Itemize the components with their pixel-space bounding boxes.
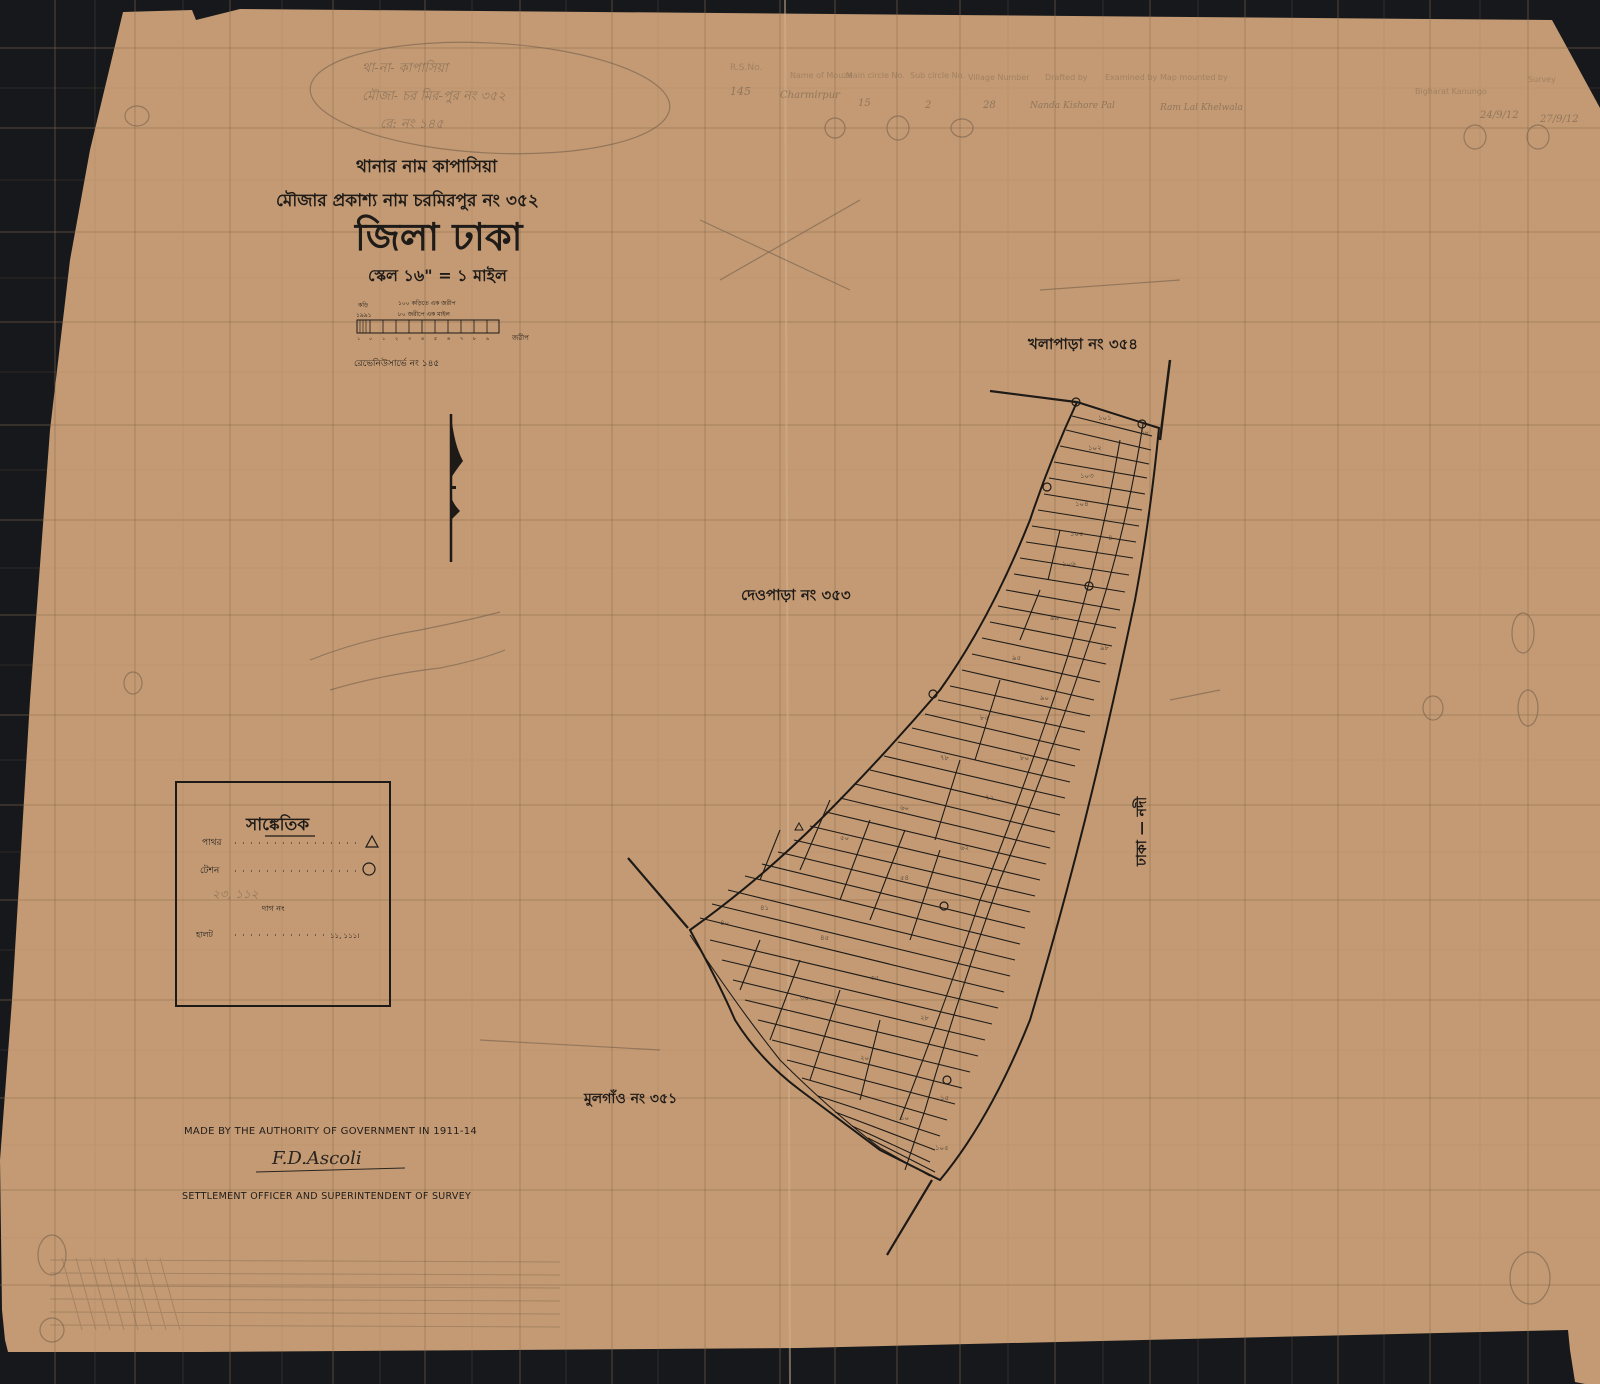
- svg-text:৬০: ৬০: [900, 804, 909, 812]
- svg-text:Survey: Survey: [1528, 75, 1556, 84]
- legend-plot-number-label: দাগ নং: [261, 904, 285, 913]
- svg-text:১০৬: ১০৬: [1062, 560, 1076, 568]
- svg-text:27/9/12: 27/9/12: [1539, 114, 1579, 125]
- svg-text:Ram Lal Khelwala: Ram Lal Khelwala: [1159, 103, 1243, 113]
- svg-text:কড়ি: কড়ি: [357, 302, 369, 309]
- svg-text:15: 15: [858, 98, 871, 109]
- svg-text:১৯৯১: ১৯৯১: [356, 312, 372, 319]
- neighbour-south-label: মুলগাঁও নং ৩৫১: [583, 1089, 677, 1107]
- svg-text:Charmirpur: Charmirpur: [780, 90, 841, 101]
- neighbour-north-label: খলাপাড়া নং ৩৫৪: [1027, 335, 1138, 353]
- mouza-name: মৌজার প্রকাশ্য নাম চরমিরপুর নং ৩৫২: [276, 189, 539, 211]
- svg-text:১: ১: [357, 336, 360, 342]
- officer-title: SETTLEMENT OFFICER AND SUPERINTENDENT OF…: [182, 1191, 471, 1202]
- svg-text:১০২: ১০২: [1088, 444, 1102, 452]
- svg-text:Sub circle No.: Sub circle No.: [910, 71, 965, 80]
- svg-text:৫: ৫: [434, 336, 437, 342]
- svg-text:Nanda Kishore Pal: Nanda Kishore Pal: [1029, 101, 1115, 111]
- legend-stone-label: পাথর: [202, 838, 223, 848]
- svg-text:৬২: ৬২: [960, 844, 969, 852]
- svg-text:৩০: ৩০: [800, 994, 809, 1002]
- svg-text:৯৮: ৯৮: [1100, 644, 1110, 652]
- svg-text:১০১: ১০১: [1098, 414, 1112, 422]
- authority-text: MADE BY THE AUTHORITY OF GOVERNMENT IN 1…: [184, 1126, 477, 1137]
- legend-halat-label: হালট: [195, 929, 213, 939]
- svg-text:৮৫: ৮৫: [980, 714, 989, 722]
- svg-text:৪৫: ৪৫: [820, 934, 829, 942]
- svg-text:৪১: ৪১: [760, 904, 769, 912]
- legend-title: সাঙ্কেতিক: [245, 813, 310, 835]
- svg-text:৫০: ৫০: [840, 834, 849, 842]
- svg-text:৮০: ৮০: [1020, 754, 1029, 762]
- svg-text:১০৫: ১০৫: [935, 1144, 949, 1152]
- scale-text: স্কেল ১৬" = ১ মাইল: [368, 266, 508, 285]
- svg-text:১০৪: ১০৪: [1075, 500, 1089, 508]
- svg-text:৭৮: ৭৮: [940, 754, 950, 762]
- svg-text:28: 28: [982, 100, 996, 111]
- paper-sheet: [0, 9, 1600, 1384]
- thana-name: থানার নাম কাপাসিয়া: [356, 155, 498, 177]
- svg-text:৫৪: ৫৪: [900, 874, 909, 882]
- svg-text:Main circle No.: Main circle No.: [846, 71, 905, 80]
- svg-text:৯০: ৯০: [1040, 694, 1049, 702]
- legend-station-label: টেশন: [200, 864, 220, 876]
- svg-text:১: ১: [382, 336, 385, 342]
- svg-text:৭: ৭: [460, 336, 463, 342]
- revenue-survey-number: রেভেনিউসার্ভে নং ১৪৫: [354, 357, 439, 369]
- svg-text:৯: ৯: [486, 336, 489, 342]
- svg-text:2: 2: [924, 100, 931, 111]
- svg-text:২৩, ১১২: ২৩, ১১২: [212, 887, 259, 901]
- cadastral-map-sheet: R.S.No. Name of Mouza Main circle No. Su…: [0, 0, 1600, 1384]
- svg-text:১০: ১০: [900, 1114, 909, 1122]
- svg-text:৭২: ৭২: [985, 794, 994, 802]
- svg-text:Village Number: Village Number: [968, 73, 1030, 82]
- svg-text:১০৩: ১০৩: [1080, 472, 1094, 480]
- svg-text:৪: ৪: [421, 336, 424, 342]
- svg-text:১১, ১১১।: ১১, ১১১।: [330, 932, 360, 940]
- svg-text:৯৯: ৯৯: [1050, 614, 1060, 622]
- svg-text:24/9/12: 24/9/12: [1479, 110, 1519, 121]
- svg-text:Map mounted by: Map mounted by: [1160, 73, 1228, 82]
- svg-text:২৮: ২৮: [920, 1014, 930, 1022]
- svg-text:৩৫: ৩৫: [870, 974, 879, 982]
- svg-text:৯৫: ৯৫: [1012, 654, 1021, 662]
- svg-text:Examined by: Examined by: [1105, 73, 1157, 82]
- svg-text:২: ২: [395, 336, 398, 342]
- svg-text:জরীপ: জরীপ: [511, 333, 529, 342]
- svg-text:৪: ৪: [1108, 534, 1113, 542]
- svg-text:০: ০: [369, 336, 372, 342]
- svg-text:১০০ কড়িতে এক জরীপ: ১০০ কড়িতে এক জরীপ: [398, 299, 457, 307]
- svg-text:মৌজা- চর মির-পুর নং ৩৫২: মৌজা- চর মির-পুর নং ৩৫২: [362, 87, 506, 105]
- officer-signature: F.D.Ascoli: [271, 1148, 362, 1169]
- neighbour-west-label: দেওপাড়া নং ৩৫৩: [741, 586, 851, 604]
- svg-text:২০: ২০: [860, 1054, 869, 1062]
- svg-text:১৫: ১৫: [940, 1094, 949, 1102]
- svg-text:রে: নং ১৪৫: রে: নং ১৪৫: [380, 117, 444, 132]
- svg-text:Name of Mouza: Name of Mouza: [790, 71, 852, 80]
- river-label: ঢাকা — নদী: [1132, 796, 1150, 867]
- svg-text:৮০ জরীপে এক মাইল: ৮০ জরীপে এক মাইল: [398, 310, 450, 318]
- svg-text:Bigharat Kanungo: Bigharat Kanungo: [1415, 87, 1487, 96]
- svg-text:Drafted by: Drafted by: [1045, 73, 1088, 82]
- svg-text:১০: ১০: [1140, 428, 1149, 436]
- svg-text:১০৫: ১০৫: [1070, 530, 1084, 538]
- svg-text:৪০: ৪০: [720, 919, 729, 927]
- svg-text:145: 145: [730, 85, 751, 98]
- district-name: জিলা ঢাকা: [353, 214, 525, 259]
- svg-text:R.S.No.: R.S.No.: [730, 63, 762, 73]
- svg-text:থা-না- কাপাসিয়া: থা-না- কাপাসিয়া: [362, 59, 451, 76]
